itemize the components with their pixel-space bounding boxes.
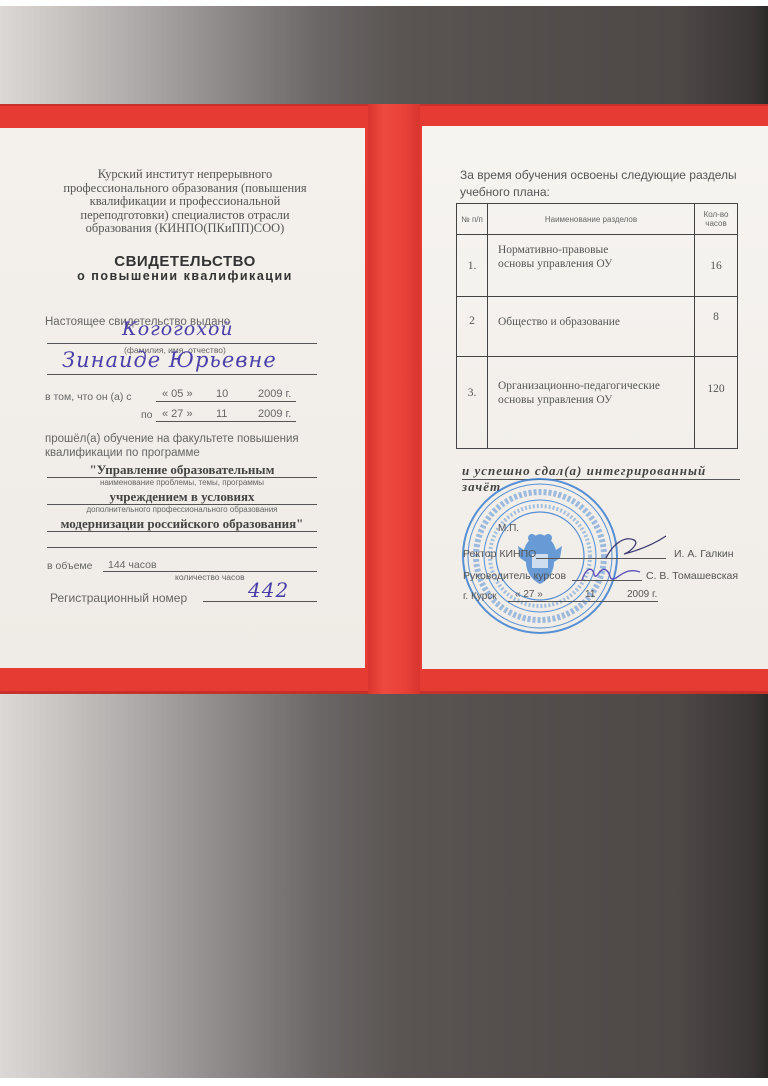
col-name-header: Наименование разделов	[488, 204, 695, 235]
volume-value: 144 часов	[108, 559, 157, 571]
program-caption-1: наименование проблемы, темы, программы	[47, 478, 317, 487]
row-num: 2	[457, 297, 488, 357]
head-label: Руководитель курсов	[463, 570, 566, 582]
volume-caption: количество часов	[175, 572, 245, 582]
rule	[203, 601, 317, 602]
recipient-surname: Когогохой	[122, 318, 234, 340]
table-row: 2 Общество и образование 8	[457, 297, 738, 357]
mp-label: М.П.	[498, 523, 519, 534]
row-hours: 8	[695, 297, 738, 357]
program-caption-2: дополнительного профессионального образо…	[47, 505, 317, 514]
institution-line: переподготовки) специалистов отрасли	[45, 209, 325, 223]
to-day: « 27 »	[162, 408, 193, 420]
to-label: по	[141, 409, 153, 421]
row-name-line: Организационно-педагогические	[498, 379, 693, 393]
reg-label: Регистрационный номер	[50, 591, 187, 605]
certificate-title: СВИДЕТЕЛЬСТВО	[40, 253, 330, 270]
row-name-line: Общество и образование	[498, 315, 693, 329]
program-line-3: модернизации российского образования"	[47, 516, 317, 532]
sign-day: « 27 »	[515, 589, 543, 600]
reg-number: 442	[248, 578, 289, 602]
recipient-name: Зинаиде Юрьевне	[62, 348, 277, 372]
row-hours: 16	[695, 235, 738, 297]
sign-year: 2009 г.	[627, 589, 657, 600]
rule	[47, 374, 317, 375]
table-row: 1. Нормативно-правовые основы управления…	[457, 235, 738, 297]
training-text: прошёл(а) обучение на факультете повышен…	[45, 432, 299, 460]
head-signature-icon	[578, 560, 644, 586]
program-line-1: "Управление образовательным	[47, 462, 317, 478]
from-label: в том, что он (а) с	[45, 391, 132, 403]
curriculum-table: № п/п Наименование разделов Кол-во часов…	[456, 203, 738, 449]
row-name: Общество и образование	[488, 297, 695, 357]
col-num-header: № п/п	[457, 204, 488, 235]
rule	[47, 547, 317, 548]
rector-label: Ректор КИНПО	[463, 548, 536, 560]
training-line: квалификации по программе	[45, 446, 299, 460]
city-label: г. Курск	[463, 591, 497, 602]
program-line-2: учреждением в условиях	[47, 489, 317, 505]
certificate-subtitle: о повышении квалификации	[40, 269, 330, 283]
row-num: 3.	[457, 357, 488, 449]
institution-line: квалификации и профессиональной	[45, 195, 325, 209]
col-hours-header: Кол-во часов	[695, 204, 738, 235]
institution-line: Курский институт непрерывного	[45, 168, 325, 182]
row-name: Организационно-педагогические основы упр…	[488, 357, 695, 449]
volume-label: в объеме	[47, 560, 92, 572]
institution-line: образования (КИНПО(ПКиПП)СОО)	[45, 222, 325, 236]
table-header-row: № п/п Наименование разделов Кол-во часов	[457, 204, 738, 235]
row-name: Нормативно-правовые основы управления ОУ	[488, 235, 695, 297]
plan-intro: За время обучения освоены следующие разд…	[460, 167, 745, 201]
row-name-line: основы управления ОУ	[498, 393, 693, 407]
cover-spine	[368, 104, 420, 694]
to-month: 11	[216, 408, 227, 420]
to-year: 2009 г.	[258, 408, 291, 420]
from-month: 10	[216, 388, 228, 400]
rule	[47, 343, 317, 344]
rector-name: И. А. Галкин	[674, 548, 734, 560]
row-hours: 120	[695, 357, 738, 449]
row-name-line: основы управления ОУ	[498, 257, 693, 271]
row-num: 1.	[457, 235, 488, 297]
sign-month: 11	[585, 589, 595, 600]
rule	[508, 601, 658, 602]
training-line: прошёл(а) обучение на факультете повышен…	[45, 432, 299, 446]
from-year: 2009 г.	[258, 388, 291, 400]
table-row: 3. Организационно-педагогические основы …	[457, 357, 738, 449]
rule	[156, 401, 296, 402]
institution-name: Курский институт непрерывного профессион…	[45, 168, 325, 236]
rule	[156, 421, 296, 422]
institution-line: профессионального образования (повышения	[45, 182, 325, 196]
rector-signature-icon	[600, 528, 670, 564]
from-day: « 05 »	[162, 388, 193, 400]
rule	[47, 531, 317, 532]
head-name: С. В. Томашевская	[646, 570, 738, 582]
row-name-line: Нормативно-правовые	[498, 243, 693, 257]
